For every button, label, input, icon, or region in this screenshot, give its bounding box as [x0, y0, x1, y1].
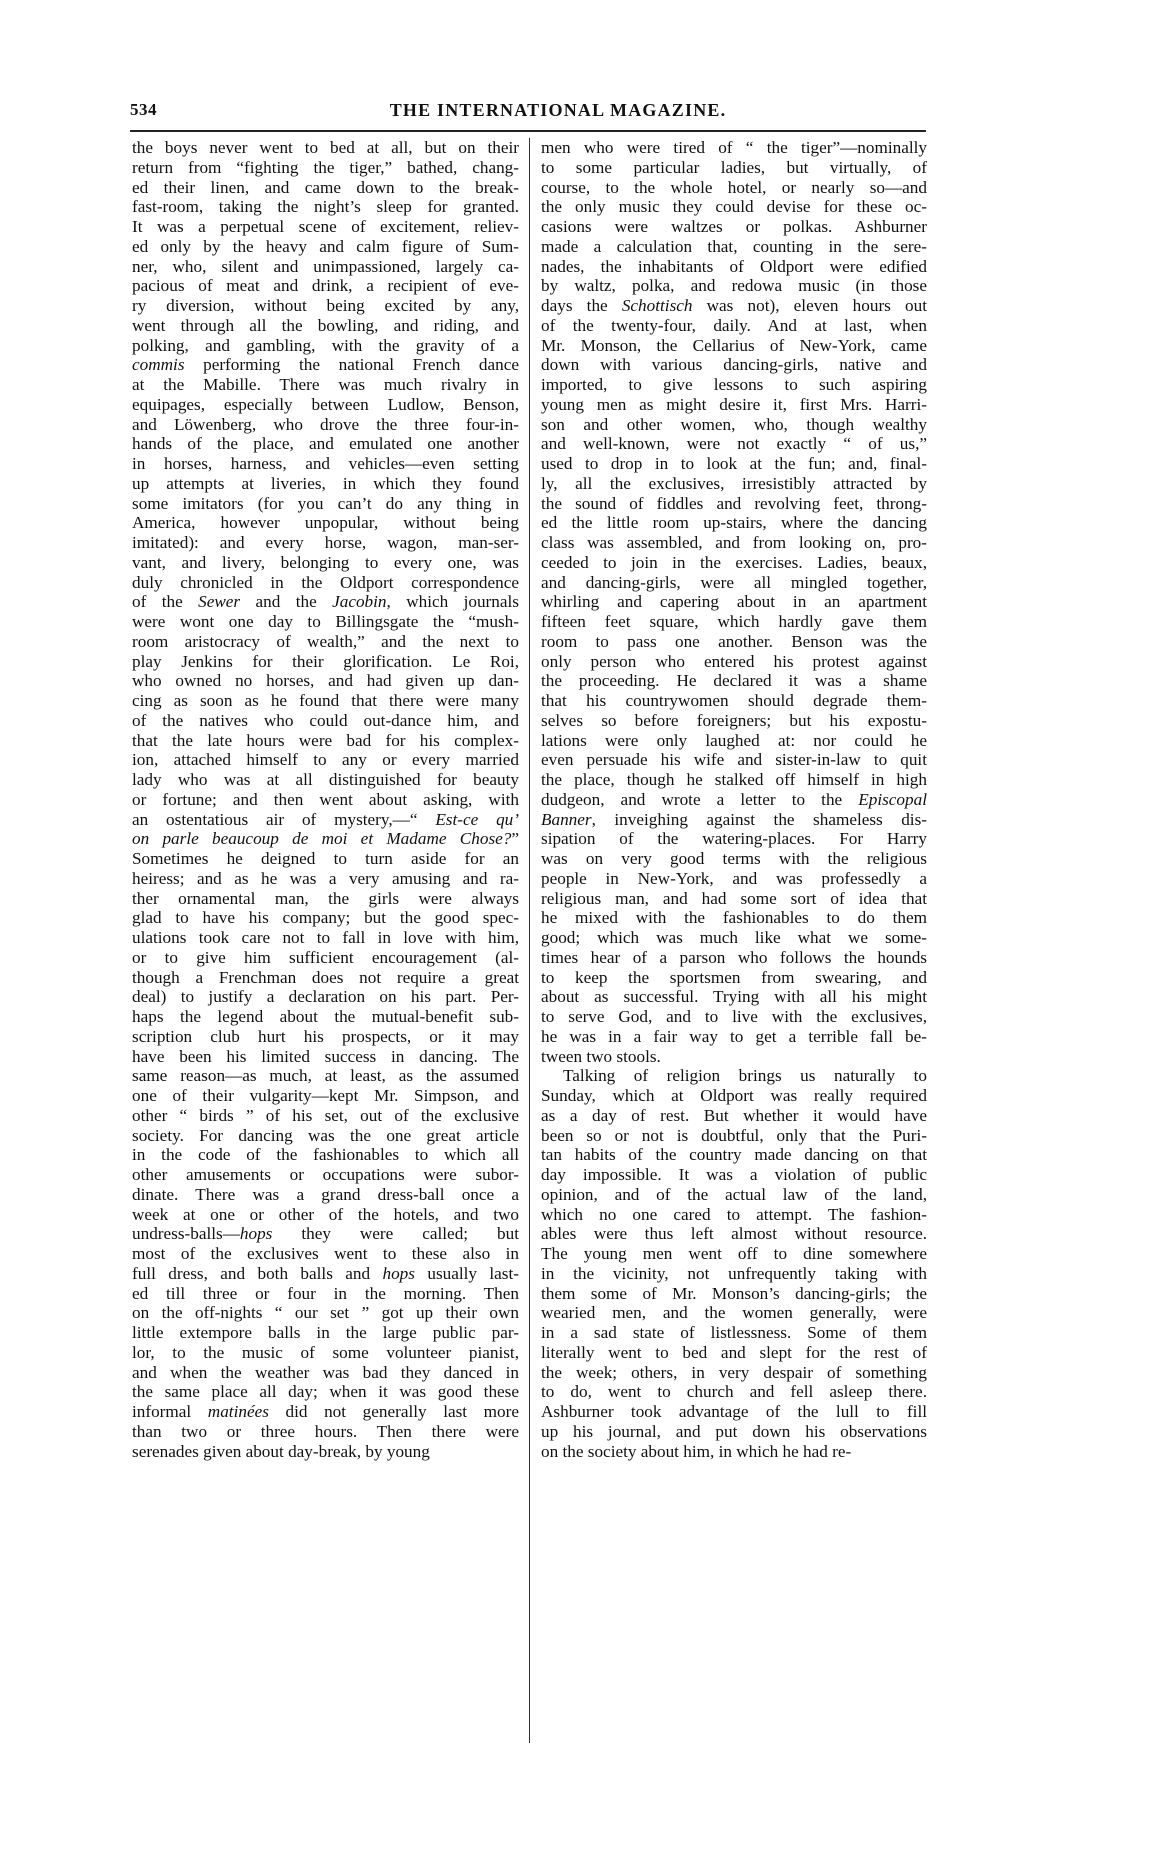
text-line: days the Schottisch was not), eleven hou… — [541, 296, 927, 316]
text-line: and when the weather was bad they danced… — [132, 1363, 519, 1383]
text-line: which no one cared to attempt. The fashi… — [541, 1205, 927, 1225]
text-line: some imitators (for you can’t do any thi… — [132, 494, 519, 514]
text-line: ner, who, silent and unimpassioned, larg… — [132, 257, 519, 277]
text-line: religious man, and had some sort of idea… — [541, 889, 927, 909]
text-line: commis performing the national French da… — [132, 355, 519, 375]
text-line: same reason—as much, at least, as the as… — [132, 1066, 519, 1086]
text-line: to do, went to church and fell asleep th… — [541, 1382, 927, 1402]
text-line: and Löwenberg, who drove the three four-… — [132, 415, 519, 435]
text-line: vant, and livery, belonging to every one… — [132, 553, 519, 573]
text-line: It was a perpetual scene of excitement, … — [132, 217, 519, 237]
text-line: in a sad state of listlessness. Some of … — [541, 1323, 927, 1343]
text-line: young men as might desire it, first Mrs.… — [541, 395, 927, 415]
text-line: one of their vulgarity—kept Mr. Simpson,… — [132, 1086, 519, 1106]
text-line: ed their linen, and came down to the bre… — [132, 178, 519, 198]
text-line: in the vicinity, not unfrequently taking… — [541, 1264, 927, 1284]
text-line: imitated): and every horse, wagon, man-s… — [132, 533, 519, 553]
running-title: THE INTERNATIONAL MAGAZINE. — [130, 100, 926, 121]
text-line: fast-room, taking the night’s sleep for … — [132, 197, 519, 217]
text-line: heiress; and as he was a very amusing an… — [132, 869, 519, 889]
text-line: The young men went off to dine somewhere — [541, 1244, 927, 1264]
text-line: that his countrywomen should degrade the… — [541, 691, 927, 711]
text-line: have been his limited success in dancing… — [132, 1047, 519, 1067]
text-line: haps the legend about the mutual-benefit… — [132, 1007, 519, 1027]
text-line: of the twenty-four, daily. And at last, … — [541, 316, 927, 336]
text-line: wearied men, and the women generally, we… — [541, 1303, 927, 1323]
text-line: he was in a fair way to get a terrible f… — [541, 1027, 927, 1047]
text-line: times hear of a parson who follows the h… — [541, 948, 927, 968]
text-line: polking, and gambling, with the gravity … — [132, 336, 519, 356]
text-line: Sunday, which at Oldport was really requ… — [541, 1086, 927, 1106]
text-line: lations were only laughed at: nor could … — [541, 731, 927, 751]
text-line: good; which was much like what we some- — [541, 928, 927, 948]
text-line: nades, the inhabitants of Oldport were e… — [541, 257, 927, 277]
text-line: lady who was at all distinguished for be… — [132, 770, 519, 790]
text-line: other “ birds ” of his set, out of the e… — [132, 1106, 519, 1126]
text-line: dinate. There was a grand dress-ball onc… — [132, 1185, 519, 1205]
text-line: used to drop in to look at the fun; and,… — [541, 454, 927, 474]
text-line: the boys never went to bed at all, but o… — [132, 138, 519, 158]
text-line: ed till three or four in the morning. Th… — [132, 1284, 519, 1304]
text-line: and well-known, were not exactly “ of us… — [541, 434, 927, 454]
text-line: whirling and capering about in an apartm… — [541, 592, 927, 612]
text-line: week at one or other of the hotels, and … — [132, 1205, 519, 1225]
text-line: lor, to the music of some volunteer pian… — [132, 1343, 519, 1363]
text-line: ry diversion, without being excited by a… — [132, 296, 519, 316]
text-line: though a Frenchman does not require a gr… — [132, 968, 519, 988]
text-line: undress-balls—hops they were called; but — [132, 1224, 519, 1244]
header-rule — [130, 130, 926, 132]
text-line: tan habits of the country made dancing o… — [541, 1145, 927, 1165]
text-line: cing as soon as he found that there were… — [132, 691, 519, 711]
text-line: equipages, especially between Ludlow, Be… — [132, 395, 519, 415]
text-line: at the Mabille. There was much rivalry i… — [132, 375, 519, 395]
text-line: informal matinées did not generally last… — [132, 1402, 519, 1422]
text-line: them some of Mr. Monson’s dancing-girls;… — [541, 1284, 927, 1304]
text-line: play Jenkins for their glorification. Le… — [132, 652, 519, 672]
text-line: were wont one day to Billingsgate the “m… — [132, 612, 519, 632]
text-line: America, however unpopular, without bein… — [132, 513, 519, 533]
text-line: the proceeding. He declared it was a sha… — [541, 671, 927, 691]
text-line: society. For dancing was the one great a… — [132, 1126, 519, 1146]
text-line: Banner, inveighing against the shameless… — [541, 810, 927, 830]
text-line: imported, to give lessons to such aspiri… — [541, 375, 927, 395]
text-line: room aristocracy of wealth,” and the nex… — [132, 632, 519, 652]
text-line: glad to have his company; but the good s… — [132, 908, 519, 928]
text-line: other amusements or occupations were sub… — [132, 1165, 519, 1185]
text-line: pacious of meat and drink, a recipient o… — [132, 276, 519, 296]
page-header: 534 THE INTERNATIONAL MAGAZINE. — [130, 100, 926, 126]
text-line: by waltz, polka, and redowa music (in th… — [541, 276, 927, 296]
text-line: men who were tired of “ the tiger”—nomin… — [541, 138, 927, 158]
text-line: Ashburner took advantage of the lull to … — [541, 1402, 927, 1422]
text-line: went through all the bowling, and riding… — [132, 316, 519, 336]
text-line: ly, all the exclusives, irresistibly att… — [541, 474, 927, 494]
text-line: or fortune; and then went about asking, … — [132, 790, 519, 810]
text-line: he mixed with the fashionables to do the… — [541, 908, 927, 928]
text-line: serenades given about day-break, by youn… — [132, 1442, 519, 1462]
text-line: in the code of the fashionables to which… — [132, 1145, 519, 1165]
column-divider — [529, 138, 530, 1743]
text-line: the sound of fiddles and revolving feet,… — [541, 494, 927, 514]
text-line: room to pass one another. Benson was the — [541, 632, 927, 652]
text-line: the only music they could devise for the… — [541, 197, 927, 217]
text-line: day impossible. It was a violation of pu… — [541, 1165, 927, 1185]
text-line: Mr. Monson, the Cellarius of New-York, c… — [541, 336, 927, 356]
text-line: of the Sewer and the Jacobin, which jour… — [132, 592, 519, 612]
text-line: course, to the whole hotel, or nearly so… — [541, 178, 927, 198]
text-line: the same place all day; when it was good… — [132, 1382, 519, 1402]
text-line: most of the exclusives went to these als… — [132, 1244, 519, 1264]
text-line: ulations took care not to fall in love w… — [132, 928, 519, 948]
text-line: ed the little room up-stairs, where the … — [541, 513, 927, 533]
text-line: to keep the sportsmen from swearing, and — [541, 968, 927, 988]
text-line: about as successful. Trying with all his… — [541, 987, 927, 1007]
text-line: dudgeon, and wrote a letter to the Episc… — [541, 790, 927, 810]
text-line: literally went to bed and slept for the … — [541, 1343, 927, 1363]
text-line: in horses, harness, and vehicles—even se… — [132, 454, 519, 474]
text-line: little extempore balls in the large publ… — [132, 1323, 519, 1343]
text-line: sipation of the watering-places. For Har… — [541, 829, 927, 849]
text-line: the place, though he stalked off himself… — [541, 770, 927, 790]
text-line: an ostentatious air of mystery,—“ Est-ce… — [132, 810, 519, 830]
text-line: on the society about him, in which he ha… — [541, 1442, 927, 1462]
text-line: Sometimes he deigned to turn aside for a… — [132, 849, 519, 869]
magazine-page: 534 THE INTERNATIONAL MAGAZINE. the boys… — [0, 0, 1176, 1850]
text-line: up his journal, and put down his observa… — [541, 1422, 927, 1442]
text-line: as a day of rest. But whether it would h… — [541, 1106, 927, 1126]
text-line: was on very good terms with the religiou… — [541, 849, 927, 869]
text-line: only person who entered his protest agai… — [541, 652, 927, 672]
text-line: scription club hurt his prospects, or it… — [132, 1027, 519, 1047]
text-line: casions were waltzes or polkas. Ashburne… — [541, 217, 927, 237]
text-line: selves so before foreigners; but his exp… — [541, 711, 927, 731]
text-line: the week; others, in very despair of som… — [541, 1363, 927, 1383]
text-line: son and other women, who, though wealthy — [541, 415, 927, 435]
text-line: than two or three hours. Then there were — [132, 1422, 519, 1442]
text-line: or to give him sufficient encouragement … — [132, 948, 519, 968]
text-line: to some particular ladies, but virtually… — [541, 158, 927, 178]
text-line: down with various dancing-girls, native … — [541, 355, 927, 375]
text-line: and dancing-girls, were all mingled toge… — [541, 573, 927, 593]
text-line: who owned no horses, and had given up da… — [132, 671, 519, 691]
text-line: return from “fighting the tiger,” bathed… — [132, 158, 519, 178]
text-line: ed only by the heavy and calm figure of … — [132, 237, 519, 257]
text-line: ther ornamental man, the girls were alwa… — [132, 889, 519, 909]
text-line: tween two stools. — [541, 1047, 927, 1067]
text-line: duly chronicled in the Oldport correspon… — [132, 573, 519, 593]
text-line: on parle beaucoup de moi et Madame Chose… — [132, 829, 519, 849]
text-line: full dress, and both balls and hops usua… — [132, 1264, 519, 1284]
text-line: people in New-York, and was professedly … — [541, 869, 927, 889]
left-column: the boys never went to bed at all, but o… — [132, 138, 519, 1461]
text-line: opinion, and of the actual law of the la… — [541, 1185, 927, 1205]
text-line: Talking of religion brings us naturally … — [541, 1066, 927, 1086]
text-line: hands of the place, and emulated one ano… — [132, 434, 519, 454]
text-line: up attempts at liveries, in which they f… — [132, 474, 519, 494]
text-line: that the late hours were bad for his com… — [132, 731, 519, 751]
text-line: been so or not is doubtful, only that th… — [541, 1126, 927, 1146]
text-line: ceeded to join in the exercises. Ladies,… — [541, 553, 927, 573]
text-line: of the natives who could out-dance him, … — [132, 711, 519, 731]
text-line: even persuade his wife and sister-in-law… — [541, 750, 927, 770]
text-line: class was assembled, and from looking on… — [541, 533, 927, 553]
text-line: fifteen feet square, which hardly gave t… — [541, 612, 927, 632]
text-line: deal) to justify a declaration on his pa… — [132, 987, 519, 1007]
text-line: on the off-nights “ our set ” got up the… — [132, 1303, 519, 1323]
text-line: ables were thus left almost without reso… — [541, 1224, 927, 1244]
text-line: made a calculation that, counting in the… — [541, 237, 927, 257]
text-line: to serve God, and to live with the exclu… — [541, 1007, 927, 1027]
text-line: ion, attached himself to any or every ma… — [132, 750, 519, 770]
right-column: men who were tired of “ the tiger”—nomin… — [541, 138, 927, 1461]
